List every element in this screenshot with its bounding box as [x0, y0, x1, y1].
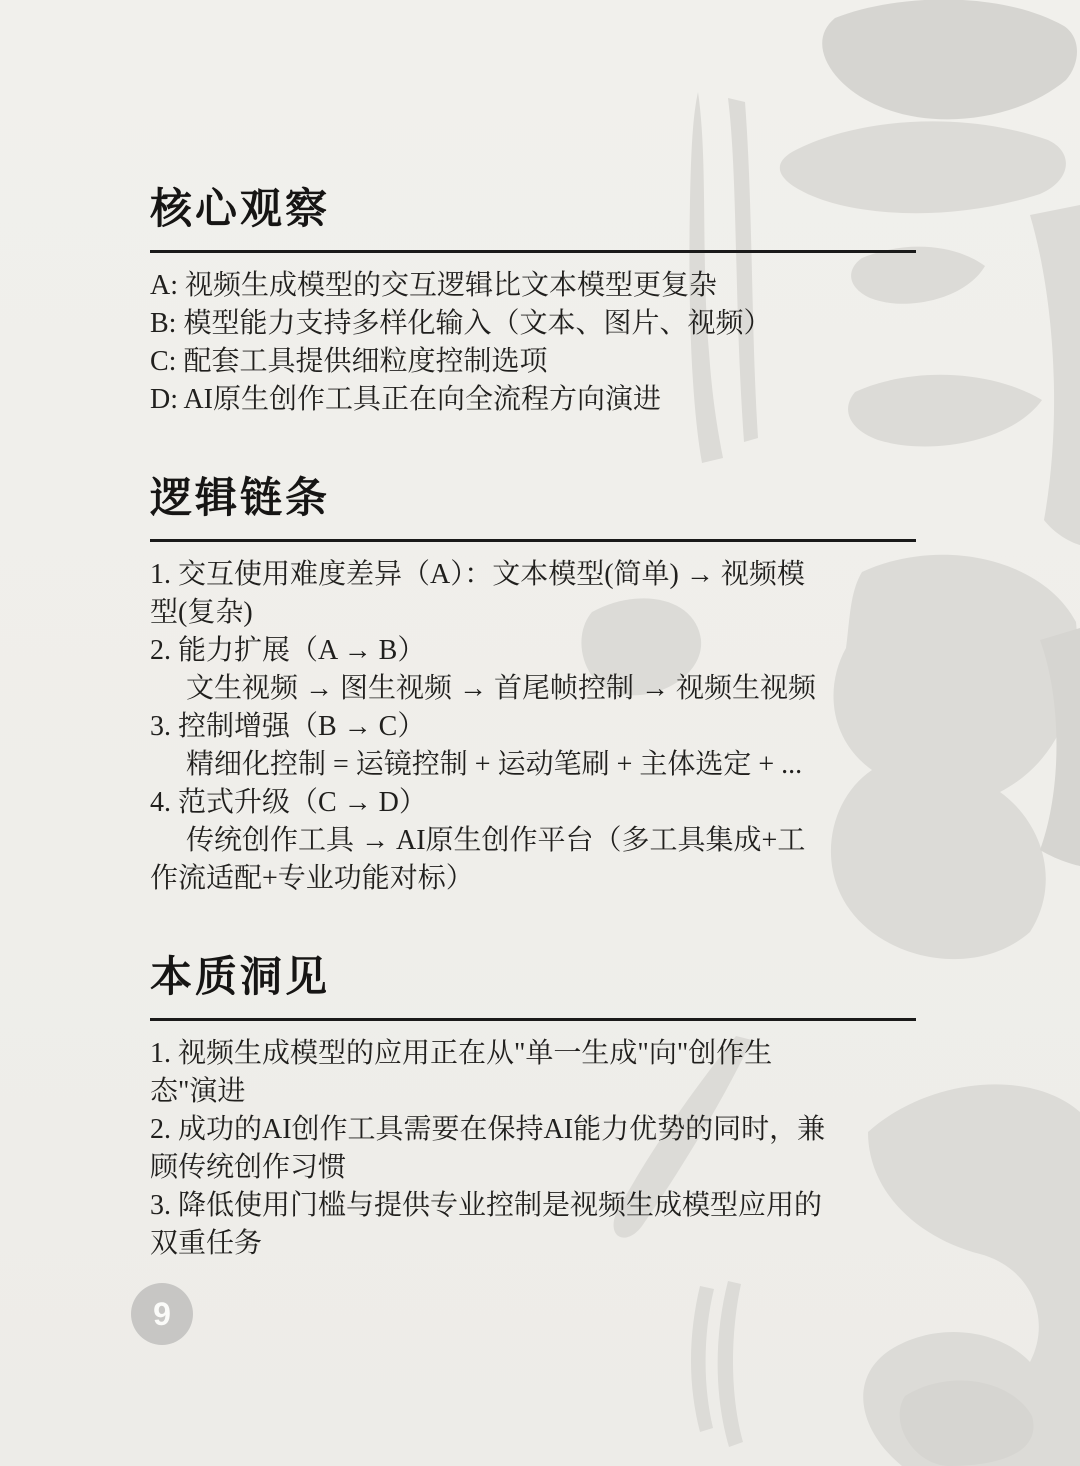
logic-chain-list: 1. 交互使用难度差异（A）：文本模型(简单) → 视频模型(复杂) 2. 能力… [150, 556, 832, 898]
list-item: D: AI原生创作工具正在向全流程方向演进 [150, 381, 832, 419]
list-item: A: 视频生成模型的交互逻辑比文本模型更复杂 [150, 267, 832, 305]
title-underline [150, 1018, 916, 1021]
section-core-observations: 核心观察 A: 视频生成模型的交互逻辑比文本模型更复杂 B: 模型能力支持多样化… [150, 186, 916, 419]
list-item: 3. 控制增强（B → C） [150, 708, 832, 746]
brush-stroke [1030, 205, 1080, 545]
section-title: 本质洞见 [150, 954, 916, 1002]
list-item: 1. 视频生成模型的应用正在从"单一生成"向"创作生态"演进 [150, 1035, 832, 1111]
brush-stroke [822, 0, 1077, 119]
title-underline [150, 539, 916, 542]
list-item: 3. 降低使用门槛与提供专业控制是视频生成模型应用的双重任务 [150, 1187, 832, 1263]
list-subitem: 传统创作工具 → AI原生创作平台（多工具集成+工作流适配+专业功能对标） [150, 822, 832, 898]
title-underline [150, 250, 916, 253]
list-item: B: 模型能力支持多样化输入（文本、图片、视频） [150, 305, 832, 343]
page-number-badge: 9 [131, 1283, 193, 1345]
section-logic-chain: 逻辑链条 1. 交互使用难度差异（A）：文本模型(简单) → 视频模型(复杂) … [150, 475, 916, 898]
section-title: 核心观察 [150, 186, 916, 234]
list-item: 1. 交互使用难度差异（A）：文本模型(简单) → 视频模型(复杂) [150, 556, 832, 632]
section-essential-insights: 本质洞见 1. 视频生成模型的应用正在从"单一生成"向"创作生态"演进 2. 成… [150, 954, 916, 1263]
observation-list: A: 视频生成模型的交互逻辑比文本模型更复杂 B: 模型能力支持多样化输入（文本… [150, 267, 832, 419]
list-item: 2. 成功的AI创作工具需要在保持AI能力优势的同时，兼顾传统创作习惯 [150, 1111, 832, 1187]
page-number: 9 [153, 1296, 171, 1333]
list-item: 4. 范式升级（C → D） [150, 784, 832, 822]
list-item: 2. 能力扩展（A → B） [150, 632, 832, 670]
section-title: 逻辑链条 [150, 475, 916, 523]
list-subitem: 精细化控制 = 运镜控制 + 运动笔刷 + 主体选定 + ... [150, 746, 832, 784]
list-item: C: 配套工具提供细粒度控制选项 [150, 343, 832, 381]
list-subitem: 文生视频 → 图生视频 → 首尾帧控制 → 视频生视频 [150, 670, 832, 708]
notes-content: 核心观察 A: 视频生成模型的交互逻辑比文本模型更复杂 B: 模型能力支持多样化… [150, 186, 916, 1345]
insight-list: 1. 视频生成模型的应用正在从"单一生成"向"创作生态"演进 2. 成功的AI创… [150, 1035, 832, 1263]
